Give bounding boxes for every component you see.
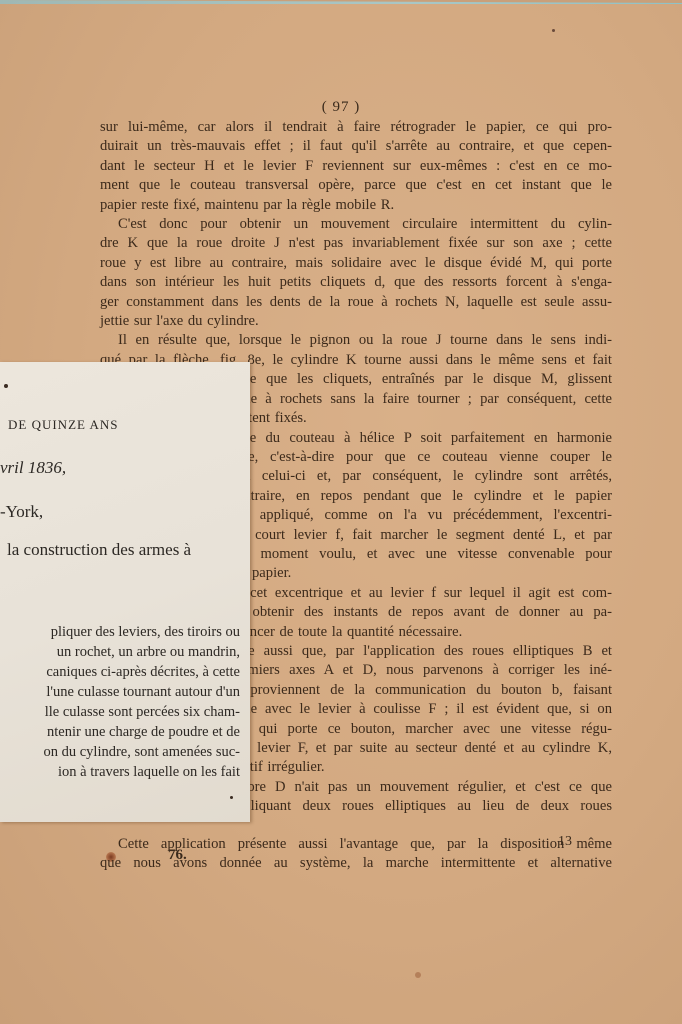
fragment-heading: DE QUINZE ANS [8,417,119,433]
text-line: C'est donc pour obtenir un mouvement cir… [100,215,612,234]
text-line: Il en résulte que, lorsque le pignon ou … [100,331,612,350]
text-line: dans son intérieur les huit petits cliqu… [100,273,612,292]
fragment-text-line: on du cylindre, sont amenées suc- [43,744,240,761]
ink-dot [4,384,8,388]
text-line: ger constamment dans les dents de la rou… [100,293,612,312]
text-line: jettie sur l'axe du cylindre. [100,312,612,331]
text-line: duirait un très-mauvais effet ; il faut … [100,137,612,156]
text-line: ment que le couteau transversal opère, p… [100,176,612,195]
text-line: roue y est libre au contraire, mais soli… [100,254,612,273]
text-line: dre K que la roue droite J n'est pas inv… [100,234,612,253]
page-number-header: ( 97 ) [0,99,682,116]
text-line: sur lui-même, car alors il tendrait à fa… [100,118,612,137]
fragment-place: -York, [0,502,43,522]
fragment-text-line: lle culasse sont percées six cham- [45,704,240,721]
signature-mark: 76. [168,847,187,864]
ink-dot [230,796,233,799]
paper-speck [415,972,421,978]
paper-speck [552,29,555,32]
fragment-text-line: l'une culasse tournant autour d'un [46,684,240,701]
fragment-subject: la construction des armes à [7,540,191,560]
sheet-number: 13 [558,834,572,850]
fragment-text-line: un rochet, un arbre ou mandrin, [57,644,240,661]
fragment-text-line: ntenir une charge de poudre et de [47,724,240,741]
fragment-text-line: caniques ci-après décrites, à cette [46,664,240,681]
fragment-date: vril 1836, [0,458,66,478]
fragment-text-line: ion à travers laquelle on les fait [58,764,240,781]
fragment-text-line: pliquer des leviers, des tiroirs ou [51,624,240,641]
text-line: dant le secteur H et le levier F revienn… [100,157,612,176]
overlapping-paper-fragment: DE QUINZE ANS vril 1836, -York, la const… [0,362,250,822]
text-line: papier reste fixé, maintenu par la règle… [100,196,612,215]
